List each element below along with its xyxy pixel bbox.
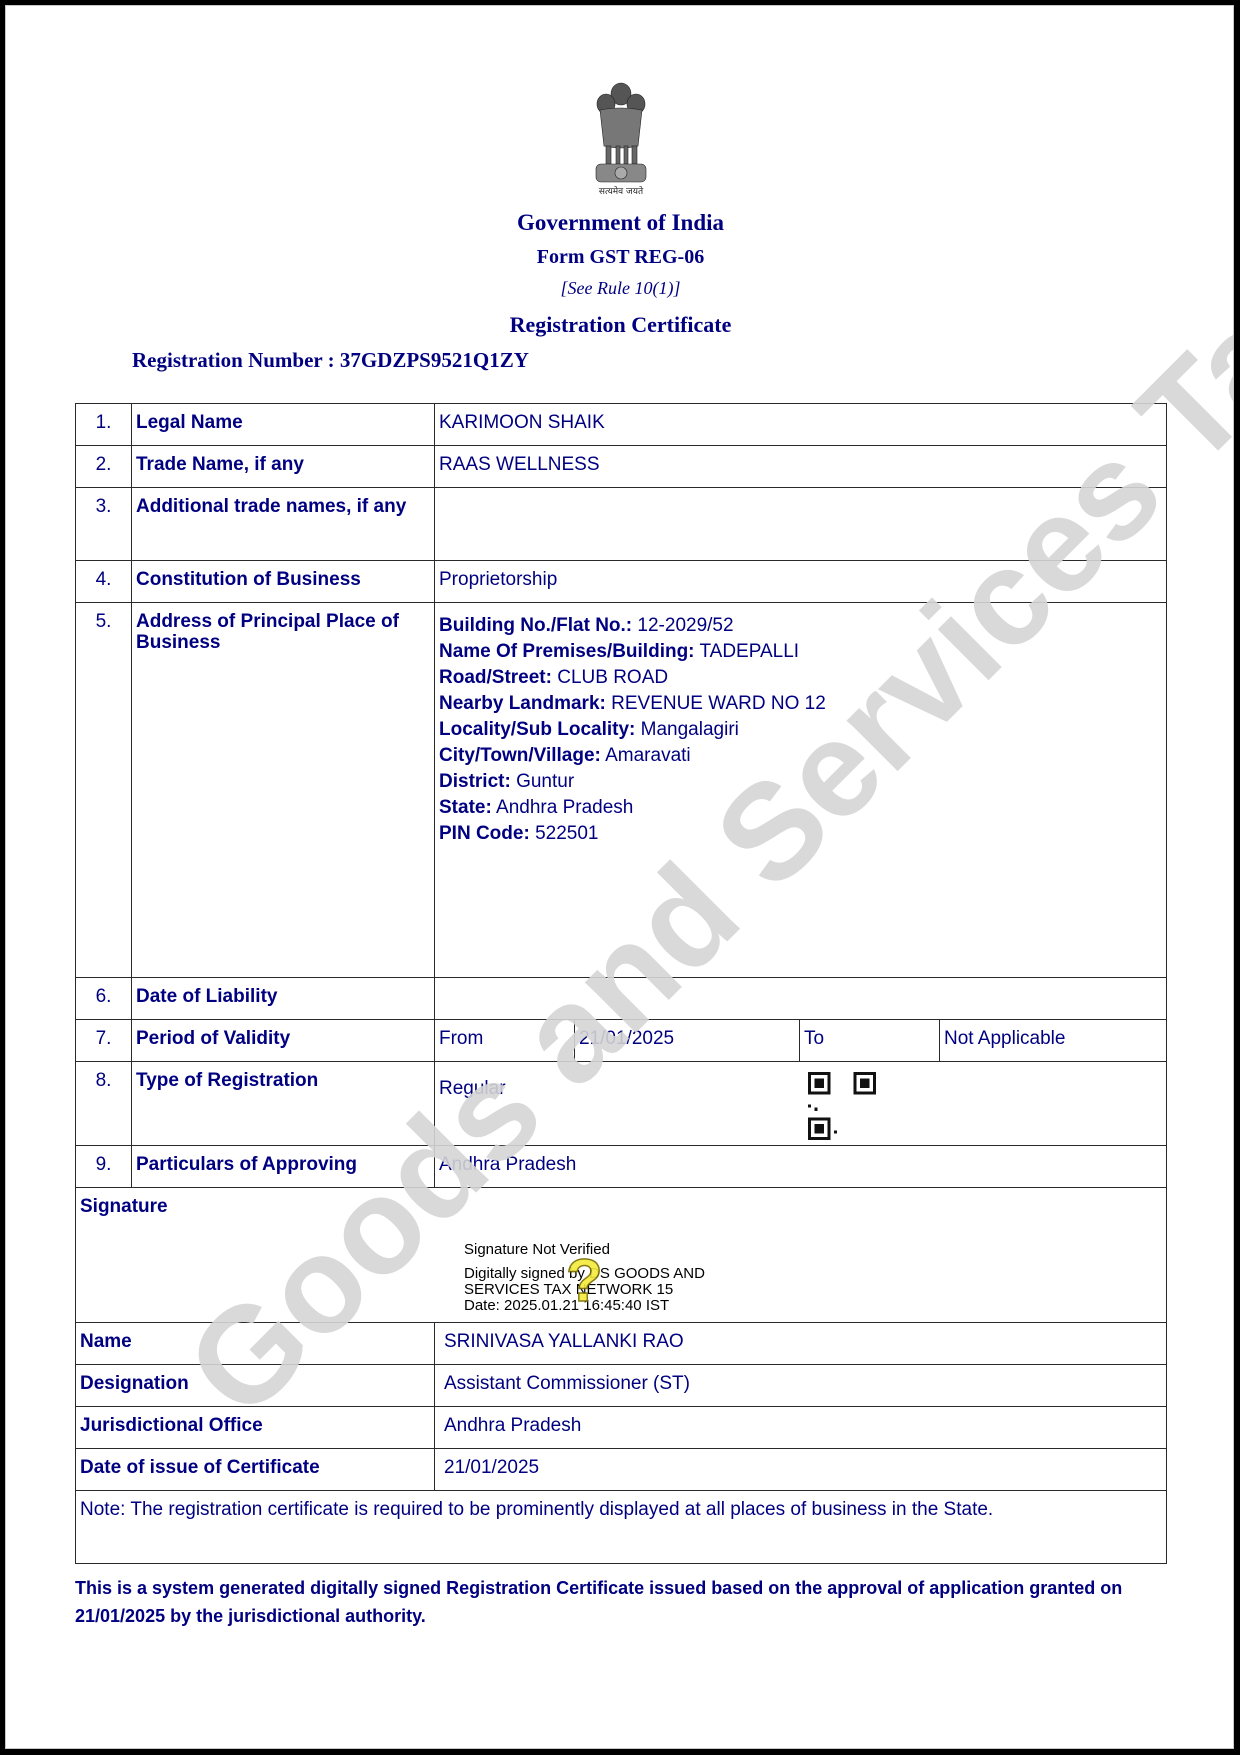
certificate-title: Registration Certificate (6, 312, 1234, 338)
officer-label: Designation (76, 1365, 435, 1407)
table-row: 2. Trade Name, if any RAAS WELLNESS (76, 446, 1167, 488)
table-row: 4. Constitution of Business Proprietorsh… (76, 561, 1167, 603)
officer-name-value: SRINIVASA YALLANKI RAO (435, 1323, 1167, 1365)
officer-label: Date of issue of Certificate (76, 1449, 435, 1491)
row-label: Period of Validity (132, 1020, 435, 1062)
address-line: PIN Code: 522501 (439, 821, 1162, 847)
row-number: 4. (76, 561, 132, 603)
table-row: 6. Date of Liability (76, 978, 1167, 1020)
issue-date-value: 21/01/2025 (435, 1449, 1167, 1491)
registration-number-label: Registration Number : (132, 348, 335, 372)
address-line: Nearby Landmark: REVENUE WARD NO 12 (439, 691, 1162, 717)
government-title: Government of India (6, 210, 1234, 236)
date-of-liability-value (435, 978, 1167, 1020)
address-line: Locality/Sub Locality: Mangalagiri (439, 717, 1162, 743)
registration-number: Registration Number : 37GDZPS9521Q1ZY (132, 348, 529, 373)
question-mark-icon: ? (566, 1246, 603, 1315)
table-row: 7. Period of Validity From 21/01/2025 To… (76, 1020, 1167, 1062)
row-label: Trade Name, if any (132, 446, 435, 488)
registration-details-table: 1. Legal Name KARIMOON SHAIK 2. Trade Na… (75, 403, 1167, 1564)
row-number: 3. (76, 488, 132, 561)
row-number: 2. (76, 446, 132, 488)
registration-number-value: 37GDZPS9521Q1ZY (340, 348, 529, 372)
national-emblem-icon: सत्यमेव जयते (586, 76, 656, 198)
row-label: Address of Principal Place of Business (132, 603, 435, 978)
address-line: Name Of Premises/Building: TADEPALLI (439, 639, 1162, 665)
row-number: 5. (76, 603, 132, 978)
row-label: Particulars of Approving (132, 1146, 435, 1188)
qr-code (808, 1072, 876, 1140)
jurisdictional-office-value: Andhra Pradesh (435, 1407, 1167, 1449)
legal-name-value: KARIMOON SHAIK (435, 404, 1167, 446)
rule-reference: [See Rule 10(1)] (6, 278, 1234, 299)
officer-label: Jurisdictional Office (76, 1407, 435, 1449)
officer-label: Name (76, 1323, 435, 1365)
table-row: Name SRINIVASA YALLANKI RAO (76, 1323, 1167, 1365)
validity-from-value: 21/01/2025 (575, 1020, 800, 1062)
table-row: 5. Address of Principal Place of Busines… (76, 603, 1167, 978)
row-label: Constitution of Business (132, 561, 435, 603)
table-row: 8. Type of Registration Regular (76, 1062, 1167, 1146)
address-line: Building No./Flat No.: 12-2029/52 (439, 613, 1162, 639)
svg-text:सत्यमेव जयते: सत्यमेव जयते (599, 185, 644, 197)
table-row: 9. Particulars of Approving Andhra Prade… (76, 1146, 1167, 1188)
validity-to-value: Not Applicable (940, 1020, 1167, 1062)
row-number: 8. (76, 1062, 132, 1146)
additional-trade-names-value (435, 488, 1167, 561)
row-number: 9. (76, 1146, 132, 1188)
system-generated-note: This is a system generated digitally sig… (75, 1574, 1175, 1630)
validity-to-label: To (800, 1020, 940, 1062)
trade-name-value: RAAS WELLNESS (435, 446, 1167, 488)
row-label: Legal Name (132, 404, 435, 446)
approving-particulars-value: Andhra Pradesh (435, 1146, 1167, 1188)
address-line: State: Andhra Pradesh (439, 795, 1162, 821)
certificate-page: सत्यमेव जयते Government of India Form GS… (5, 5, 1234, 1749)
constitution-value: Proprietorship (435, 561, 1167, 603)
address-line: District: Guntur (439, 769, 1162, 795)
address-line: Road/Street: CLUB ROAD (439, 665, 1162, 691)
row-label: Additional trade names, if any (132, 488, 435, 561)
table-row: Jurisdictional Office Andhra Pradesh (76, 1407, 1167, 1449)
row-label: Type of Registration (132, 1062, 435, 1146)
row-number: 6. (76, 978, 132, 1020)
address-line: City/Town/Village: Amaravati (439, 743, 1162, 769)
row-label: Date of Liability (132, 978, 435, 1020)
row-number: 7. (76, 1020, 132, 1062)
designation-value: Assistant Commissioner (ST) (435, 1365, 1167, 1407)
registration-type-value: Regular (435, 1062, 1167, 1146)
address-value: Building No./Flat No.: 12-2029/52 Name O… (435, 603, 1167, 978)
table-row: 3. Additional trade names, if any (76, 488, 1167, 561)
note-row: Note: The registration certificate is re… (76, 1491, 1167, 1564)
form-name: Form GST REG-06 (6, 246, 1234, 269)
row-number: 1. (76, 404, 132, 446)
table-row: Designation Assistant Commissioner (ST) (76, 1365, 1167, 1407)
table-row: Date of issue of Certificate 21/01/2025 (76, 1449, 1167, 1491)
note-text: Note: The registration certificate is re… (76, 1491, 1167, 1564)
table-row: 1. Legal Name KARIMOON SHAIK (76, 404, 1167, 446)
validity-from-label: From (435, 1020, 575, 1062)
